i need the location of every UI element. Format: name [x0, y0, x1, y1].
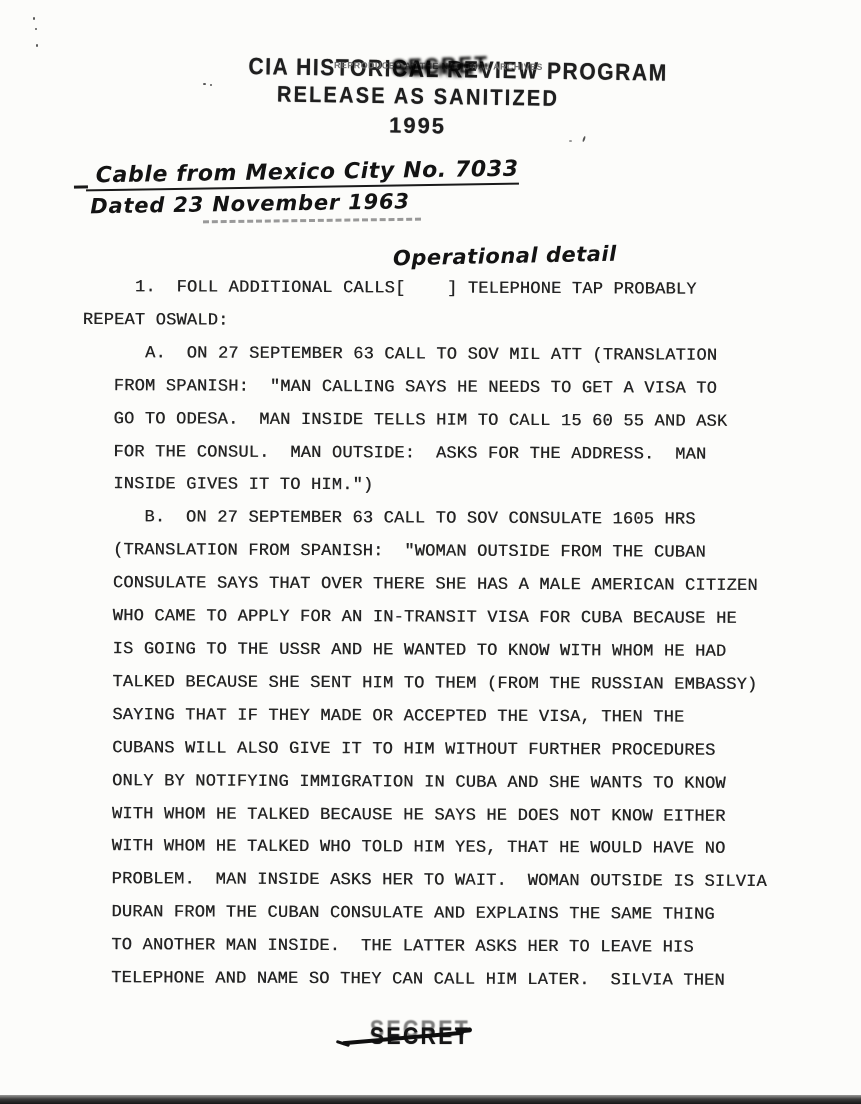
scan-speck [569, 140, 572, 142]
footer-secret-stamp: SECRET SECRET [352, 1018, 472, 1064]
smudged-dashed-line [203, 218, 421, 224]
stamp-line-year: 1995 [247, 110, 587, 141]
scanned-document-page: CIA HISTORICAL REVIEW PROGRAM RELEASE AS… [0, 0, 861, 1104]
scan-speck [36, 44, 38, 47]
handwriting-lead-dash [74, 185, 88, 188]
handwritten-cable-date: Dated 23 November 1963 [90, 188, 519, 219]
stamp-line-sanitized: RELEASE AS SANITIZED [248, 82, 588, 113]
obscured-secret-stamp-ghost: SECRET [398, 59, 477, 81]
scan-edge-bar [0, 1095, 861, 1104]
handwritten-cable-source: Cable from Mexico City No. 7033 [86, 157, 519, 192]
scan-speck [210, 84, 212, 86]
scan-speck [155, 178, 158, 181]
handwritten-cable-note: Cable from Mexico City No. 7033 Dated 23… [86, 157, 520, 219]
scan-speck [35, 28, 37, 30]
handwritten-annotation-operational-detail: Operational detail [393, 242, 617, 271]
scan-speck [203, 83, 206, 85]
scan-speck [33, 17, 35, 20]
typed-cable-body: 1. FOLL ADDITIONAL CALLS[ ] TELEPHONE TA… [80, 272, 770, 999]
